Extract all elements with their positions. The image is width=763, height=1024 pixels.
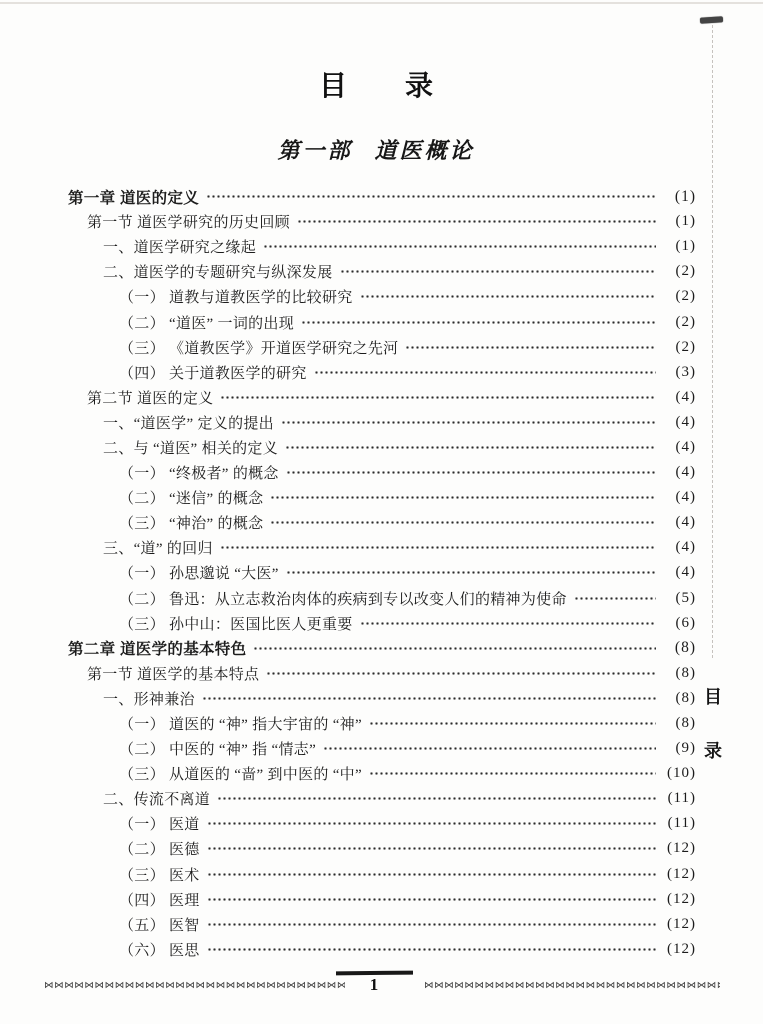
- toc-entry-label: （二） 中医的 “神” 指 “情志”: [119, 738, 316, 759]
- toc-entry-page-number: (1): [662, 238, 696, 255]
- toc-entry-label: （三） 从道医的 “啬” 到中医的 “中”: [119, 763, 362, 784]
- page-title-char-2: 录: [405, 70, 433, 101]
- dot-leader: [360, 611, 656, 636]
- dot-leader: [270, 485, 656, 510]
- toc-entry: （三） 从道医的 “啬” 到中医的 “中” (10): [68, 761, 696, 786]
- dot-leader: [314, 360, 656, 385]
- toc-entry-page-number: (2): [662, 288, 696, 305]
- dot-leader: [323, 736, 656, 761]
- dot-leader: [207, 862, 656, 887]
- dot-leader: [369, 711, 656, 736]
- toc-entry: 二、传流不离道 (11): [68, 786, 696, 811]
- scanned-toc-page: { "page": { "title": {"char1": "目", "cha…: [0, 0, 763, 1024]
- dot-leader: [207, 811, 656, 836]
- toc-entry: （一） 孙思邈说 “大医” (4): [68, 560, 696, 585]
- toc-entry-label: （一） 孙思邈说 “大医”: [119, 562, 279, 583]
- toc-entry-page-number: (6): [662, 615, 696, 632]
- toc-entry-label: （二） 医德: [119, 838, 200, 859]
- dot-leader: [574, 586, 656, 611]
- dot-leader: [369, 761, 656, 786]
- toc-entry: 第一节 道医学的基本特点 (8): [68, 661, 696, 686]
- dot-leader: [217, 786, 656, 811]
- folio-page-number: 1: [334, 975, 414, 995]
- toc-entry-page-number: (11): [662, 790, 696, 807]
- toc-entry: （四） 关于道教医学的研究 (3): [68, 360, 696, 385]
- dot-leader: [301, 309, 656, 334]
- toc-entry-label: 一、形神兼治: [103, 688, 195, 709]
- toc-entry: （二） “迷信” 的概念 (4): [68, 485, 696, 510]
- toc-entry: （二） 医德 (12): [68, 836, 696, 861]
- toc-entry: （四） 医理 (12): [68, 887, 696, 912]
- dot-leader: [207, 937, 656, 962]
- toc-entry-page-number: (3): [662, 364, 696, 381]
- toc-entry: （五） 医智 (12): [68, 912, 696, 937]
- toc-entry-page-number: (4): [662, 539, 696, 556]
- toc-entry-page-number: (4): [662, 514, 696, 531]
- toc-entry-label: 一、道医学研究之缘起: [103, 236, 256, 257]
- chain-border-right-decoration: ⋈⋈⋈⋈⋈⋈⋈⋈⋈⋈⋈⋈⋈⋈⋈⋈⋈⋈⋈⋈⋈⋈⋈⋈⋈⋈⋈⋈⋈⋈⋈⋈⋈⋈⋈⋈⋈⋈⋈⋈: [424, 979, 720, 993]
- toc-entry-page-number: (10): [662, 765, 696, 782]
- toc-entry: （一） 医道 (11): [68, 811, 696, 836]
- dot-leader: [253, 636, 656, 661]
- toc-entry-page-number: (8): [662, 690, 696, 707]
- dot-leader: [207, 912, 656, 937]
- toc-entry-page-number: (4): [662, 389, 696, 406]
- toc-entry-label: 三、“道” 的回归: [103, 537, 213, 558]
- toc-entry-label: 第一章 道医的定义: [68, 186, 199, 208]
- toc-entry-label: （四） 医理: [119, 889, 200, 910]
- page-top-edge-shadow: [0, 2, 763, 4]
- toc-entry-page-number: (4): [662, 414, 696, 431]
- toc-entry-label: （一） 道教与道教医学的比较研究: [119, 286, 353, 307]
- toc-entry-label: （三） 《道教医学》开道医学研究之先河: [119, 337, 398, 358]
- dot-leader: [206, 184, 656, 209]
- toc-entry-label: （五） 医智: [119, 914, 200, 935]
- toc-entry-label: 二、道医学的专题研究与纵深发展: [103, 261, 333, 282]
- toc-entry-page-number: (8): [662, 639, 696, 657]
- toc-entry-page-number: (4): [662, 464, 696, 481]
- toc-entry-page-number: (11): [662, 815, 696, 832]
- toc-entry-label: （二） 鲁迅：从立志救治肉体的疾病到专以改变人们的精神为使命: [119, 588, 567, 609]
- toc-entry: 一、道医学研究之缘起 (1): [68, 234, 696, 259]
- toc-entry: 第一章 道医的定义 (1): [68, 184, 696, 209]
- toc-entry-label: 第一节 道医学的基本特点: [87, 663, 259, 684]
- toc-entry-label: （三） 孙中山：医国比医人更重要: [119, 613, 353, 634]
- toc-entry-label: 二、与 “道医” 相关的定义: [103, 437, 278, 458]
- side-tab-char-2: 录: [699, 737, 727, 763]
- toc-entry-label: 第一节 道医学研究的历史回顾: [87, 211, 290, 232]
- toc-entry-page-number: (9): [662, 740, 696, 757]
- dot-leader: [263, 234, 656, 259]
- dot-leader: [340, 259, 656, 284]
- toc-entry-page-number: (4): [662, 489, 696, 506]
- dot-leader: [220, 535, 656, 560]
- toc-entry: （六） 医思 (12): [68, 937, 696, 962]
- toc-entry: （三） 《道教医学》开道医学研究之先河 (2): [68, 335, 696, 360]
- toc-entry-label: 第二节 道医的定义: [87, 387, 213, 408]
- toc-entry: 第一节 道医学研究的历史回顾 (1): [68, 209, 696, 234]
- toc-entry-label: （一） 医道: [119, 813, 200, 834]
- toc-entry-page-number: (1): [662, 213, 696, 230]
- dot-leader: [281, 410, 656, 435]
- toc-entry: 第二章 道医学的基本特色 (8): [68, 636, 696, 661]
- toc-entry: 第二节 道医的定义 (4): [68, 385, 696, 410]
- toc-entry-page-number: (8): [662, 715, 696, 732]
- toc-entry-page-number: (12): [662, 891, 696, 908]
- dot-leader: [207, 836, 656, 861]
- toc-entry: （二） 中医的 “神” 指 “情志” (9): [68, 736, 696, 761]
- toc-entry: 二、道医学的专题研究与纵深发展 (2): [68, 259, 696, 284]
- toc-entry-label: 一、“道医学” 定义的提出: [103, 412, 274, 433]
- toc-entry-page-number: (4): [662, 439, 696, 456]
- chain-border-left-decoration: ⋈⋈⋈⋈⋈⋈⋈⋈⋈⋈⋈⋈⋈⋈⋈⋈⋈⋈⋈⋈⋈⋈⋈⋈⋈⋈⋈⋈⋈⋈⋈⋈⋈⋈⋈⋈⋈⋈⋈⋈: [44, 979, 345, 993]
- toc-entry-label: （三） 医术: [119, 864, 200, 885]
- dot-leader: [297, 209, 656, 234]
- dot-leader: [266, 661, 656, 686]
- toc-entry-label: （一） “终极者” 的概念: [119, 462, 279, 483]
- dot-leader: [360, 284, 656, 309]
- dot-leader: [202, 686, 656, 711]
- toc-entry-label: 二、传流不离道: [103, 788, 210, 809]
- toc-entry: （三） 孙中山：医国比医人更重要 (6): [68, 611, 696, 636]
- toc-entry-label: （六） 医思: [119, 939, 200, 960]
- toc-entry-page-number: (2): [662, 314, 696, 331]
- toc-entry-page-number: (2): [662, 263, 696, 280]
- toc-entry-label: （四） 关于道教医学的研究: [119, 362, 307, 383]
- toc-entry: （二） “道医” 一词的出现 (2): [68, 309, 696, 334]
- toc-entry: 二、与 “道医” 相关的定义 (4): [68, 435, 696, 460]
- toc-entry-label: （一） 道医的 “神” 指大宇宙的 “神”: [119, 713, 362, 734]
- dot-leader: [270, 510, 656, 535]
- toc-entry: （一） “终极者” 的概念 (4): [68, 460, 696, 485]
- page-fold-line: [712, 25, 713, 658]
- page-title: 目录: [0, 64, 752, 104]
- dot-leader: [220, 385, 656, 410]
- toc-entry-page-number: (12): [662, 941, 696, 958]
- toc-entry-page-number: (12): [662, 866, 696, 883]
- part-heading-number: 第一部: [277, 138, 352, 163]
- toc-entry-page-number: (1): [662, 188, 696, 206]
- toc-entry: （三） “神治” 的概念 (4): [68, 510, 696, 535]
- toc-entry-label: 第二章 道医学的基本特色: [68, 637, 246, 659]
- dot-leader: [285, 435, 656, 460]
- part-heading: 第一部道医概论: [0, 134, 752, 165]
- toc-entry-page-number: (2): [662, 339, 696, 356]
- toc-entry-page-number: (4): [662, 564, 696, 581]
- toc-entry: 一、形神兼治 (8): [68, 686, 696, 711]
- toc-entry: （二） 鲁迅：从立志救治肉体的疾病到专以改变人们的精神为使命 (5): [68, 586, 696, 611]
- part-heading-title: 道医概论: [375, 138, 475, 163]
- toc-entry: 一、“道医学” 定义的提出 (4): [68, 410, 696, 435]
- toc-entry-page-number: (5): [662, 590, 696, 607]
- toc-entry: （一） 道医的 “神” 指大宇宙的 “神” (8): [68, 711, 696, 736]
- toc-entry: （三） 医术 (12): [68, 862, 696, 887]
- toc-entry-label: （二） “迷信” 的概念: [119, 487, 263, 508]
- toc-entry-page-number: (8): [662, 665, 696, 682]
- toc-entry-label: （三） “神治” 的概念: [119, 512, 263, 533]
- toc-entry-page-number: (12): [662, 840, 696, 857]
- toc-entry-page-number: (12): [662, 916, 696, 933]
- dot-leader: [286, 560, 656, 585]
- toc-entry: 三、“道” 的回归 (4): [68, 535, 696, 560]
- toc-entry-label: （二） “道医” 一词的出现: [119, 312, 294, 333]
- side-tab-char-1: 目: [699, 683, 727, 709]
- dot-leader: [405, 335, 656, 360]
- dot-leader: [286, 460, 656, 485]
- binding-smudge-artifact: [700, 16, 723, 24]
- toc-list: 第一章 道医的定义 (1) 第一节 道医学研究的历史回顾 (1) 一、道医学研究…: [68, 184, 696, 962]
- dot-leader: [207, 887, 656, 912]
- toc-entry: （一） 道教与道教医学的比较研究 (2): [68, 284, 696, 309]
- page-title-char-1: 目: [319, 70, 347, 101]
